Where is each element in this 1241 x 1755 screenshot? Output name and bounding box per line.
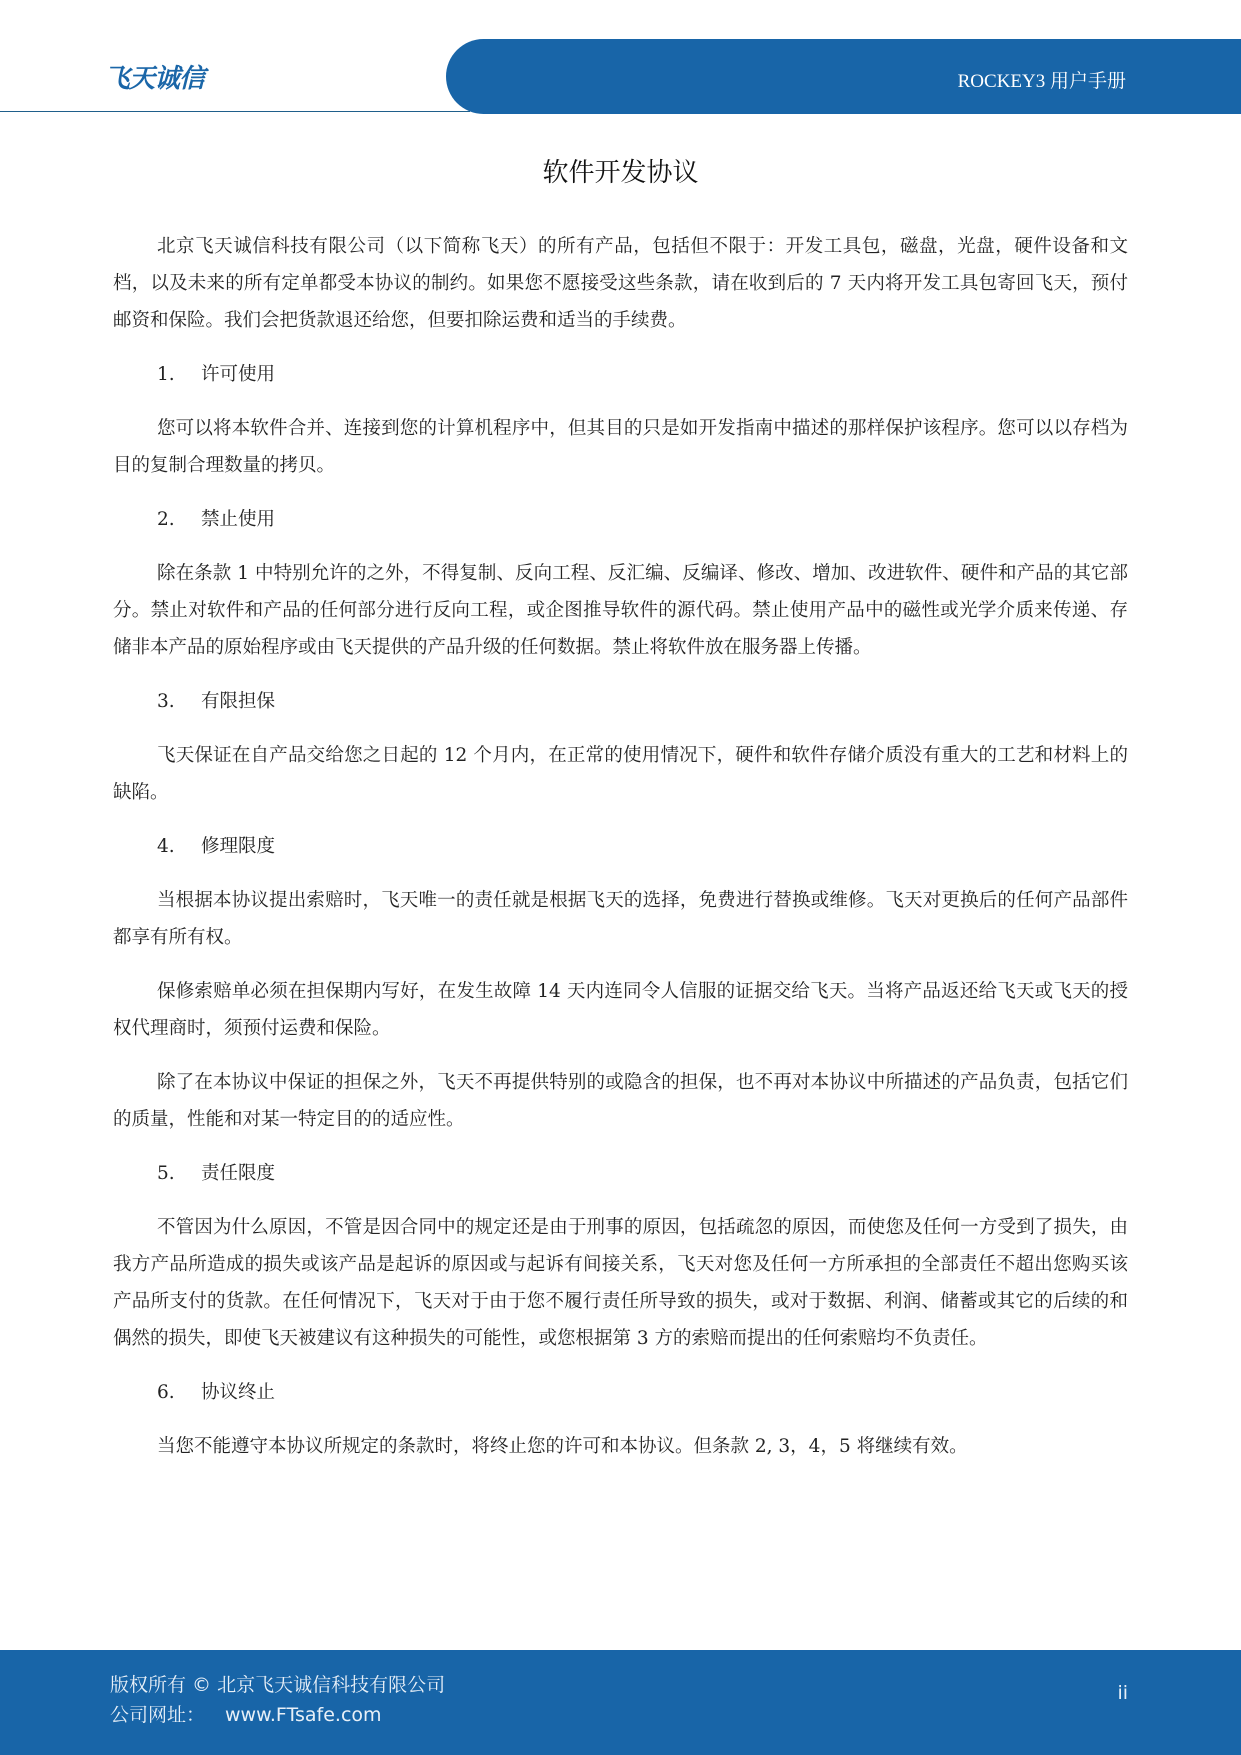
clause-number: 4. — [157, 828, 201, 865]
website-label: 公司网址： — [110, 1704, 205, 1726]
clause-paragraph: 您可以将本软件合并、连接到您的计算机程序中，但其目的只是如开发指南中描述的那样保… — [113, 410, 1128, 484]
clause-title: 修理限度 — [201, 828, 275, 865]
clause-heading-6: 6. 协议终止 — [157, 1374, 1128, 1411]
clause-number: 1. — [157, 356, 201, 393]
clause-heading-2: 2. 禁止使用 — [157, 501, 1128, 538]
page-footer: 版权所有 © 北京飞天诚信科技有限公司 公司网址：www.FTsafe.com … — [0, 1650, 1241, 1755]
header-divider — [0, 111, 470, 112]
clause-title: 责任限度 — [201, 1155, 275, 1192]
manual-title: ROCKEY3 用户手册 — [958, 66, 1126, 93]
clause-title: 有限担保 — [201, 683, 275, 720]
intro-paragraph: 北京飞天诚信科技有限公司（以下简称飞天）的所有产品，包括但不限于：开发工具包，磁… — [113, 228, 1128, 339]
clause-heading-3: 3. 有限担保 — [157, 683, 1128, 720]
clause-paragraph: 当您不能遵守本协议所规定的条款时，将终止您的许可和本协议。但条款 2, 3，4，… — [113, 1428, 1128, 1465]
clause-paragraph: 飞天保证在自产品交给您之日起的 12 个月内，在正常的使用情况下，硬件和软件存储… — [113, 737, 1128, 811]
clause-number: 3. — [157, 683, 201, 720]
clause-heading-4: 4. 修理限度 — [157, 828, 1128, 865]
clause-number: 5. — [157, 1155, 201, 1192]
company-logo: 飞天诚信 — [104, 58, 204, 95]
clause-paragraph: 保修索赔单必须在担保期内写好，在发生故障 14 天内连同令人信服的证据交给飞天。… — [113, 973, 1128, 1047]
clause-heading-5: 5. 责任限度 — [157, 1155, 1128, 1192]
copyright-text: 版权所有 © 北京飞天诚信科技有限公司 — [110, 1670, 445, 1697]
clause-number: 2. — [157, 501, 201, 538]
website-line: 公司网址：www.FTsafe.com — [110, 1700, 382, 1727]
clause-title: 许可使用 — [201, 356, 275, 393]
clause-number: 6. — [157, 1374, 201, 1411]
website-link[interactable]: www.FTsafe.com — [225, 1704, 382, 1726]
clause-title: 协议终止 — [201, 1374, 275, 1411]
clause-title: 禁止使用 — [201, 501, 275, 538]
clause-paragraph: 当根据本协议提出索赔时，飞天唯一的责任就是根据飞天的选择，免费进行替换或维修。飞… — [113, 882, 1128, 956]
clause-paragraph: 不管因为什么原因，不管是因合同中的规定还是由于刑事的原因，包括疏忽的原因，而使您… — [113, 1209, 1128, 1357]
clause-paragraph: 除了在本协议中保证的担保之外，飞天不再提供特别的或隐含的担保，也不再对本协议中所… — [113, 1064, 1128, 1138]
clause-heading-1: 1. 许可使用 — [157, 356, 1128, 393]
clause-paragraph: 除在条款 1 中特别允许的之外，不得复制、反向工程、反汇编、反编译、修改、增加、… — [113, 555, 1128, 666]
document-body: 北京飞天诚信科技有限公司（以下简称飞天）的所有产品，包括但不限于：开发工具包，磁… — [113, 228, 1128, 1482]
page-title: 软件开发协议 — [0, 152, 1241, 189]
page-number: ii — [1117, 1682, 1128, 1704]
